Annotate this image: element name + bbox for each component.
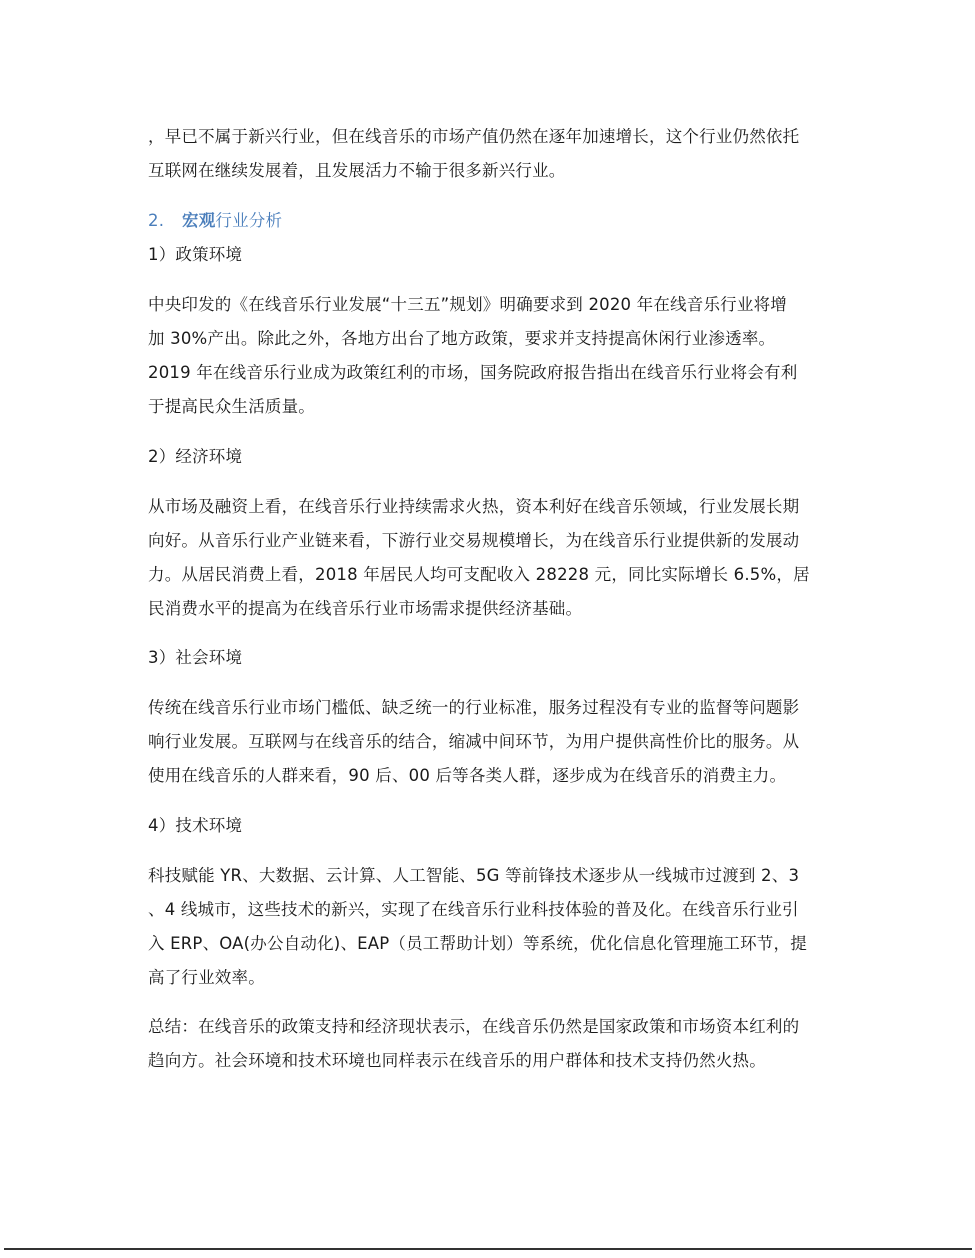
summary-line-1: 总结：在线音乐的政策支持和经济现状表示，在线音乐仍然是国家政策和市场资本红利的 xyxy=(148,1016,799,1038)
technology-line-4: 高了行业效率。 xyxy=(148,967,265,989)
economy-line-2: 向好。从音乐行业产业链来看，下游行业交易规模增长，为在线音乐行业提供新的发展动 xyxy=(148,530,799,552)
society-line-1: 传统在线音乐行业市场门槛低、缺乏统一的行业标准，服务过程没有专业的监督等问题影 xyxy=(148,697,799,719)
page-bottom-divider xyxy=(4,1248,972,1250)
society-line-3: 使用在线音乐的人群来看，90 后、00 后等各类人群，逐步成为在线音乐的消费主力… xyxy=(148,765,786,787)
society-line-2: 响行业发展。互联网与在线音乐的结合，缩减中间环节，为用户提供高性价比的服务。从 xyxy=(148,731,799,753)
economy-line-3: 力。从居民消费上看，2018 年居民人均可支配收入 28228 元，同比实际增长… xyxy=(148,564,810,586)
subsection-title-technology: 4）技术环境 xyxy=(148,815,242,837)
section-number: 2. xyxy=(148,210,182,232)
subsection-title-policy: 1）政策环境 xyxy=(148,244,242,266)
policy-line-3: 2019 年在线音乐行业成为政策红利的市场，国务院政府报告指出在线音乐行业将会有… xyxy=(148,362,797,384)
summary-line-2: 趋向方。社会环境和技术环境也同样表示在线音乐的用户群体和技术支持仍然火热。 xyxy=(148,1050,766,1072)
technology-line-2: 、4 线城市，这些技术的新兴，实现了在线音乐行业科技体验的普及化。在线音乐行业引 xyxy=(148,899,799,921)
policy-line-2: 加 30%产出。除此之外，各地方出台了地方政策，要求并支持提高休闲行业渗透率。 xyxy=(148,328,775,350)
policy-line-1: 中央印发的《在线音乐行业发展“十三五”规划》明确要求到 2020 年在线音乐行业… xyxy=(148,294,787,316)
section-heading-text: 行业分析 xyxy=(215,211,282,230)
technology-line-1: 科技赋能 YR、大数据、云计算、人工智能、5G 等前锋技术逐步从一线城市过渡到 … xyxy=(148,865,799,887)
economy-line-4: 民消费水平的提高为在线音乐行业市场需求提供经济基础。 xyxy=(148,598,582,620)
subsection-title-society: 3）社会环境 xyxy=(148,647,242,669)
policy-line-4: 于提高民众生活质量。 xyxy=(148,396,315,418)
section-heading-bold: 宏观 xyxy=(182,211,215,230)
section-heading: 2.宏观行业分析 xyxy=(148,210,282,232)
subsection-title-economy: 2）经济环境 xyxy=(148,446,242,468)
economy-line-1: 从市场及融资上看，在线音乐行业持续需求火热，资本利好在线音乐领域，行业发展长期 xyxy=(148,496,799,518)
technology-line-3: 入 ERP、OA(办公自动化)、EAP（员工帮助计划）等系统，优化信息化管理施工… xyxy=(148,933,807,955)
intro-line-1: ，早已不属于新兴行业，但在线音乐的市场产值仍然在逐年加速增长，这个行业仍然依托 xyxy=(148,126,799,148)
intro-line-2: 互联网在继续发展着，且发展活力不输于很多新兴行业。 xyxy=(148,160,566,182)
